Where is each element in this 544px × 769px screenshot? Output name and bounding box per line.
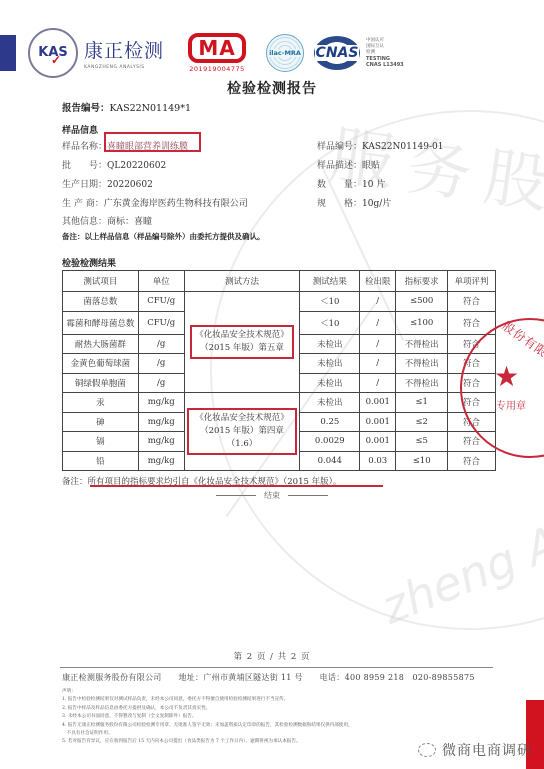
page-title: 检验检测报告 — [0, 78, 544, 98]
test-item-cell: 霉菌和酵母菌总数 — [63, 311, 139, 334]
sample-note: 备注：以上样品信息（样品编号除外）由委托方提供及确认。 — [62, 231, 265, 242]
company-name-cn: 康正检测 — [84, 36, 164, 63]
other-info-row: 其他信息：商标：喜瞳 — [62, 214, 152, 227]
page-number: 第 2 页 / 共 2 页 — [0, 650, 544, 662]
specification-row: 规 格：10g/片 — [317, 196, 391, 209]
unit-cell: mg/kg — [138, 432, 184, 452]
test-result-cell: 0.0029 — [300, 432, 360, 452]
requirement-cell: ≤1 — [396, 393, 448, 413]
detection-limit-cell: / — [360, 311, 396, 334]
detection-limit-cell: / — [360, 373, 396, 393]
detection-limit-cell: / — [360, 292, 396, 312]
test-result-cell: 未检出 — [300, 334, 360, 354]
company-name-en: KANGZHENG ANALYSIS — [84, 65, 164, 70]
highlight-box: 《化妆品安全技术规范》（2015 年版）第五章 — [190, 325, 294, 359]
kas-logo-icon: KAS ✓ — [28, 28, 78, 78]
unit-cell: /g — [138, 334, 184, 354]
field-label: 样品编号： — [317, 142, 362, 152]
quantity-value: 10 片 — [362, 180, 385, 190]
field-label: 规 格： — [317, 199, 362, 209]
method-line: （2015 年版）第五章 — [195, 342, 289, 355]
sample-description-value: 眼贴 — [362, 161, 380, 171]
footer-company-info: 康正检测服务股份有限公司 地址：广州市黄埔区隧达街 11 号 电话：400 89… — [62, 672, 489, 683]
field-label: 其他信息： — [62, 217, 107, 227]
remark-label: 备注： — [62, 477, 88, 487]
batch-value: QL20220602 — [107, 161, 166, 171]
wechat-icon — [418, 743, 436, 757]
specification-value: 10g/片 — [362, 199, 391, 209]
test-item-cell: 菌落总数 — [63, 292, 139, 312]
detection-limit-cell: 0.001 — [360, 393, 396, 413]
declaration-item: 4. 报告无康正检测服务股份有限公司检验检测专用章、无批准人签字无效；未加盖资质… — [62, 722, 353, 730]
test-item-cell: 铅 — [63, 451, 139, 471]
detection-limit-cell: 0.001 — [360, 412, 396, 432]
ilac-label: ilac-MRA — [269, 49, 301, 57]
stamp-subtext: 专用章 — [496, 397, 526, 412]
wechat-account-name: 微商电商调研 — [442, 740, 532, 760]
report-number-value: KAS22N01149*1 — [110, 103, 192, 114]
requirement-cell: ≤5 — [396, 432, 448, 452]
column-header: 单项评判 — [448, 271, 496, 292]
field-label: 生 产 商： — [62, 199, 104, 209]
field-label: 生产日期： — [62, 180, 107, 190]
cma-logo-icon: MA 201919004775 — [188, 33, 246, 73]
sample-number-row: 样品编号：KAS22N01149-01 — [317, 139, 444, 152]
brand-bar-left — [0, 35, 16, 71]
footer-address: 地址：广州市黄埔区隧达街 11 号 — [178, 673, 302, 682]
highlight-underline — [90, 485, 383, 487]
star-icon: ★ — [494, 363, 519, 391]
divider — [216, 495, 256, 496]
unit-cell: mg/kg — [138, 393, 184, 413]
requirement-cell: 不得检出 — [396, 373, 448, 393]
highlight-box — [104, 132, 201, 152]
unit-cell: /g — [138, 354, 184, 374]
detection-limit-cell: / — [360, 334, 396, 354]
footer-declaration: 声明： 1. 报告中检验检测结果仅对测试样品负责，未经本公司同意，委托方不得擅自… — [62, 688, 353, 747]
other-info-value: 商标：喜瞳 — [107, 217, 152, 227]
report-number-label: 报告编号： — [62, 103, 110, 114]
requirement-cell: 不得检出 — [396, 334, 448, 354]
test-method-cell: 《化妆品安全技术规范》（2015 年版）第五章 — [184, 292, 300, 393]
test-item-cell: 砷 — [63, 412, 139, 432]
test-result-cell: 未检出 — [300, 393, 360, 413]
ilac-mra-logo-icon: ilac-MRA — [266, 34, 304, 72]
report-number: 报告编号：KAS22N01149*1 — [62, 100, 191, 114]
test-result-cell: 未检出 — [300, 373, 360, 393]
cnas-logo-icon: CNAS — [314, 36, 360, 70]
declaration-title: 声明： — [62, 688, 353, 696]
detection-limit-cell: 0.03 — [360, 451, 396, 471]
quantity-row: 数 量：10 片 — [317, 177, 385, 190]
test-item-cell: 汞 — [63, 393, 139, 413]
cnas-label: CNAS — [315, 45, 360, 61]
column-header: 测试结果 — [300, 271, 360, 292]
manufacturer-value: 广东黄金海岸医药生物科技有限公司 — [104, 199, 248, 209]
detection-limit-cell: 0.001 — [360, 432, 396, 452]
test-result-cell: ＜10 — [300, 292, 360, 312]
verdict-cell: 符合 — [448, 451, 496, 471]
test-result-cell: 未检出 — [300, 354, 360, 374]
method-line: 《化妆品安全技术规范》 — [192, 412, 293, 425]
header-logos: KAS ✓ 康正检测 KANGZHENG ANALYSIS MA 2019190… — [28, 25, 404, 80]
test-method-cell: 《化妆品安全技术规范》（2015 年版）第四章（1.6） — [184, 393, 300, 471]
detection-limit-cell: / — [360, 354, 396, 374]
unit-cell: CFU/g — [138, 311, 184, 334]
wechat-watermark: 微商电商调研 — [418, 740, 532, 760]
company-brand: 康正检测 KANGZHENG ANALYSIS — [84, 36, 164, 70]
sample-number-value: KAS22N01149-01 — [362, 142, 443, 152]
test-item-cell: 耐热大肠菌群 — [63, 334, 139, 354]
test-item-cell: 金黄色葡萄球菌 — [63, 354, 139, 374]
field-label: 样品名称： — [62, 142, 107, 152]
table-row: 汞mg/kg《化妆品安全技术规范》（2015 年版）第四章（1.6）未检出0.0… — [63, 393, 496, 413]
method-line: 《化妆品安全技术规范》 — [195, 329, 289, 342]
method-line: （2015 年版）第四章（1.6） — [192, 425, 293, 451]
declaration-item: 2. 报告中样品及样品信息由委托方提供及确认，本公司不负责其真实性。 — [62, 705, 353, 713]
test-result-cell: ＜10 — [300, 311, 360, 334]
field-label: 样品描述： — [317, 161, 362, 171]
test-result-cell: 0.25 — [300, 412, 360, 432]
production-date-value: 20220602 — [107, 180, 153, 190]
footer-divider — [60, 667, 493, 668]
batch-row: 批 号：QL20220602 — [62, 158, 166, 171]
cnas-info-line: CNAS L13493 — [366, 62, 404, 68]
unit-cell: mg/kg — [138, 412, 184, 432]
cma-mark: MA — [188, 33, 246, 63]
divider — [288, 495, 328, 496]
requirement-cell: ≤500 — [396, 292, 448, 312]
requirement-cell: ≤10 — [396, 451, 448, 471]
declaration-item: 5. 若对报告有异议，应在收到报告后 15 天内向本公司提出（食品类报告为 7 … — [62, 738, 353, 746]
highlight-box: 《化妆品安全技术规范》（2015 年版）第四章（1.6） — [187, 408, 298, 455]
verdict-cell: 符合 — [448, 292, 496, 312]
unit-cell: CFU/g — [138, 292, 184, 312]
field-label: 批 号： — [62, 161, 107, 171]
unit-cell: /g — [138, 373, 184, 393]
table-row: 菌落总数CFU/g《化妆品安全技术规范》（2015 年版）第五章＜10/≤500… — [63, 292, 496, 312]
declaration-item: 1. 报告中检验检测结果仅对测试样品负责，未经本公司同意，委托方不得擅自使用检验… — [62, 696, 353, 704]
field-label: 数 量： — [317, 180, 362, 190]
results-heading: 检验检测结果 — [62, 256, 116, 269]
test-item-cell: 镉 — [63, 432, 139, 452]
table-header-row: 测试项目 单位 测试方法 测试结果 检出限 指标要求 单项评判 — [63, 271, 496, 292]
footer-phone: 电话：400 8959 218 020-89855875 — [320, 673, 475, 682]
footer-company-name: 康正检测服务股份有限公司 — [62, 673, 162, 682]
column-header: 检出限 — [360, 271, 396, 292]
unit-cell: mg/kg — [138, 451, 184, 471]
declaration-item: 3. 未经本公司书面同意，不得篡改与复制（全文复制除外）报告。 — [62, 713, 353, 721]
column-header: 测试方法 — [184, 271, 300, 292]
column-header: 指标要求 — [396, 271, 448, 292]
test-item-cell: 铜绿假单胞菌 — [63, 373, 139, 393]
requirement-cell: ≤2 — [396, 412, 448, 432]
production-date-row: 生产日期：20220602 — [62, 177, 153, 190]
manufacturer-row: 生 产 商：广东黄金海岸医药生物科技有限公司 — [62, 196, 248, 209]
sample-info-heading: 样品信息 — [62, 123, 98, 136]
declaration-item: 不具有社会证明作用。 — [62, 730, 353, 738]
results-table: 测试项目 单位 测试方法 测试结果 检出限 指标要求 单项评判 菌落总数CFU/… — [62, 270, 496, 471]
end-marker: 结束 — [0, 490, 544, 501]
sample-description-row: 样品描述：眼贴 — [317, 158, 380, 171]
test-result-cell: 0.044 — [300, 451, 360, 471]
column-header: 测试项目 — [63, 271, 139, 292]
end-text: 结束 — [264, 490, 280, 501]
requirement-cell: 不得检出 — [396, 354, 448, 374]
requirement-cell: ≤100 — [396, 311, 448, 334]
cma-number: 201919004775 — [189, 65, 245, 73]
cnas-accreditation-info: 中国认可 国际互认 检测 TESTING CNAS L13493 — [366, 38, 404, 68]
column-header: 单位 — [138, 271, 184, 292]
checkmark-icon: ✓ — [51, 53, 61, 67]
